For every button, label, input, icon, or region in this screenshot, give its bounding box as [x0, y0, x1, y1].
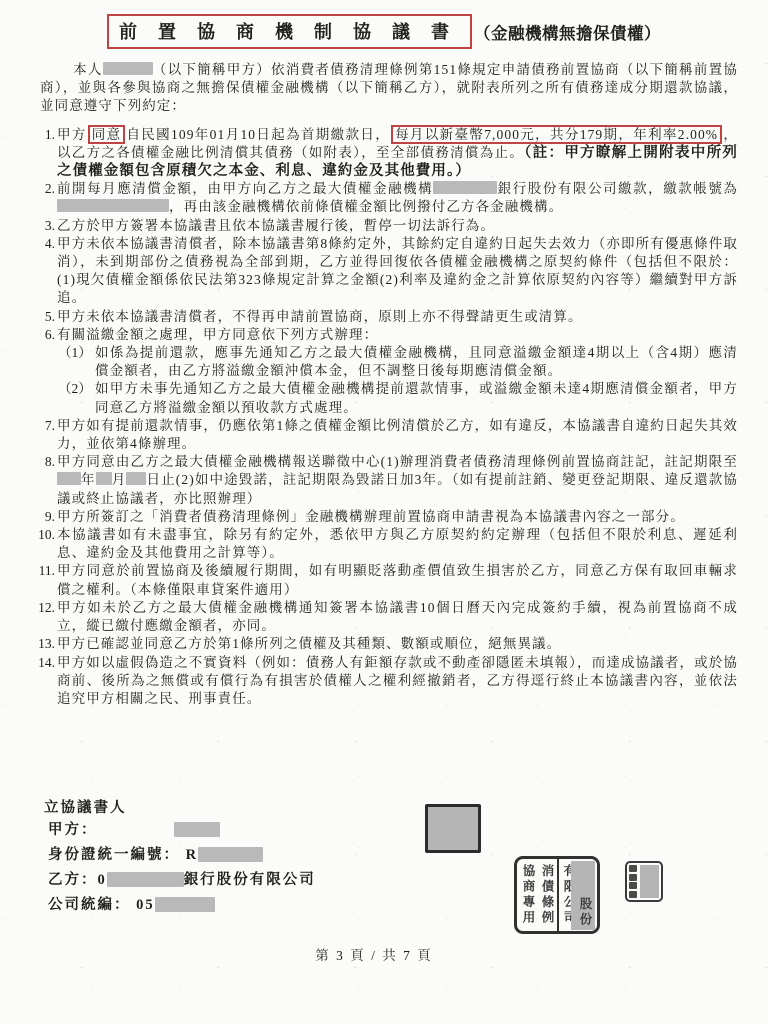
redaction: [433, 181, 497, 194]
page-number: 第 3 頁 / 共 7 頁: [0, 944, 748, 964]
text-segment: 甲方：: [48, 822, 98, 838]
clause-11: 11.甲方同意於前置協商及後續履行期間，如有明顯貶落動產價值致生損害於乙方，同意…: [40, 562, 738, 598]
clause-number: 4.: [45, 235, 55, 253]
clause-number: 2.: [45, 180, 55, 198]
clause-number: 10.: [38, 526, 55, 544]
document-subtitle: （金融機構無擔保債權）: [474, 20, 661, 44]
clause-number: 6.: [45, 326, 55, 344]
text-segment: 月: [112, 472, 127, 487]
clause-14: 14.甲方如以虛假偽造之不實資料（例如：債務人有鉅額存款或不動產卻隱匿未填報），…: [40, 654, 738, 709]
subclause-item: （1）如係為提前還款，應事先通知乙方之最大債權金融機構，且同意溢繳金額達4期以上…: [57, 344, 738, 380]
redaction: [57, 199, 169, 212]
stamp-column-debt-clearance: 消債條例: [538, 861, 556, 929]
clause-number: 12.: [38, 599, 55, 617]
redaction: [198, 847, 263, 862]
clause-5: 5.甲方未依本協議書清償者，不得再申請前置協商，原則上亦不得聲請更生或清算。: [40, 308, 738, 326]
document-header: 前置協商機制協議書 （金融機構無擔保債權）: [0, 14, 768, 49]
document-title: 前置協商機制協議書: [107, 14, 472, 49]
intro-paragraph: 本人（以下簡稱甲方）依消費者債務清理條例第151條規定申請債務前置協商（以下簡稱…: [40, 61, 738, 116]
clause-number: 14.: [38, 654, 55, 672]
agreement-body: 本人（以下簡稱甲方）依消費者債務清理條例第151條規定申請債務前置協商（以下簡稱…: [40, 61, 738, 708]
clause-number: 8.: [45, 453, 55, 471]
text-segment: 身份證統一編號： R: [48, 847, 198, 863]
company-id-line: 公司統編： 05: [44, 893, 316, 918]
text-segment: 甲方所簽訂之「消費者債務清理條例」金融機構辦理前置協商申請書視為本協議書內容之一…: [57, 509, 685, 524]
redaction: [640, 865, 659, 898]
text-segment: 本協議書如有未盡事宜，除另有約定外，悉依甲方與乙方原契約約定辦理（包括但不限於利…: [57, 527, 738, 560]
redaction: [57, 472, 81, 485]
company-seal-stamp: 協商專用 消債條例 有限公司 股份: [514, 856, 600, 934]
clause-9: 9.甲方所簽訂之「消費者債務清理條例」金融機構辦理前置協商申請書視為本協議書內容…: [40, 508, 738, 526]
text-segment: ，再由該金融機構依前條債權金額比例撥付乙方各金融機構。: [169, 199, 563, 214]
text-segment: 本人: [73, 62, 103, 77]
text-segment: 有關溢繳金額之處理，甲方同意依下列方式辦理：: [57, 327, 378, 342]
redaction: [103, 62, 153, 75]
text-segment: 甲方如有提前還款情事，仍應依第1條之債權金額比例清償於乙方，如有違反，本協議書自…: [57, 418, 738, 451]
clause-1: 1.甲方同意自民國109年01月10日起為首期繳款日，每月以新臺幣7,000元，…: [40, 126, 738, 181]
redaction: [96, 472, 112, 485]
text-segment: 銀行股份有限公司繳款，繳款帳號為: [497, 181, 738, 196]
clause-number: 13.: [38, 635, 55, 653]
party-a-line: 甲方：: [44, 818, 316, 843]
clause-2: 2.前開每月應清償金額，由甲方向乙方之最大債權金融機構銀行股份有限公司繳款，繳款…: [40, 180, 738, 216]
highlight-box: 同意: [88, 125, 126, 144]
clause-number: 9.: [45, 508, 55, 526]
text-segment: 甲方同意於前置協商及後續履行期間，如有明顯貶落動產價值致生損害於乙方，同意乙方保…: [57, 563, 738, 596]
redaction: [174, 822, 220, 837]
signature-section: 立協議書人 甲方：身份證統一編號： R乙方：0銀行股份有限公司公司統編： 05: [44, 796, 316, 918]
clause-number: 7.: [45, 417, 55, 435]
party-b-line: 乙方：0銀行股份有限公司: [44, 868, 316, 893]
personal-seal-stamp: [625, 861, 663, 902]
clause-list: 1.甲方同意自民國109年01月10日起為首期繳款日，每月以新臺幣7,000元，…: [40, 126, 738, 709]
clause-13: 13.甲方已確認並同意乙方於第1條所列之債權及其種類、數額或順位，絕無異議。: [40, 635, 738, 653]
signature-lines: 甲方：身份證統一編號： R乙方：0銀行股份有限公司公司統編： 05: [44, 818, 316, 918]
stamp-column-shares: 股份: [576, 894, 594, 930]
redaction: [126, 472, 146, 485]
clause-number: 1.: [45, 126, 55, 144]
text-segment: 年: [81, 472, 96, 487]
clause-6: 6.有關溢繳金額之處理，甲方同意依下列方式辦理：（1）如係為提前還款，應事先通知…: [40, 326, 738, 417]
text-segment: 前開每月應清償金額，由甲方向乙方之最大債權金融機構: [57, 181, 433, 196]
text-segment: 甲方已確認並同意乙方於第1條所列之債權及其種類、數額或順位，絕無異議。: [57, 636, 561, 651]
text-segment: 甲方未依本協議書清償者，不得再申請前置協商，原則上亦不得聲請更生或清算。: [57, 309, 583, 324]
text-segment: 甲方如以虛假偽造之不實資料（例如：債務人有鉅額存款或不動產卻隱匿未填報），而達成…: [57, 655, 738, 706]
text-segment: 公司統編： 05: [48, 897, 155, 913]
clause-3: 3.乙方於甲方簽署本協議書且依本協議書履行後，暫停一切法訴行為。: [40, 217, 738, 235]
party-a-seal-redaction: [425, 804, 481, 853]
redaction: [155, 897, 215, 912]
highlight-box: 每月以新臺幣7,000元，共分179期，年利率2.00%: [391, 125, 722, 144]
clause-7: 7.甲方如有提前還款情事，仍應依第1條之債權金額比例清償於乙方，如有違反，本協議…: [40, 417, 738, 453]
text-segment: 甲方: [57, 127, 87, 142]
redaction: [107, 872, 184, 887]
clause-12: 12.甲方如未於乙方之最大債權金融機構通知簽署本協議書10個日曆天內完成簽約手續…: [40, 599, 738, 635]
text-segment: 如甲方未事先通知乙方之最大債權金融機構提前還款情事，或溢繳金額未達4期應清償金額…: [95, 381, 738, 414]
agreement-page: 前置協商機制協議書 （金融機構無擔保債權） 本人（以下簡稱甲方）依消費者債務清理…: [0, 0, 768, 1024]
stamp-column-negotiation-use: 協商專用: [519, 861, 537, 929]
text-segment: 乙方：0: [48, 872, 107, 888]
text-segment: 自民國109年01月10日起為首期繳款日，: [126, 127, 390, 142]
clause-4: 4.甲方未依本協議書清償者，除本協議書第8條約定外，其餘約定自違約日起失去效力（…: [40, 235, 738, 308]
subclause-number: （2）: [58, 380, 92, 398]
id-number-line: 身份證統一編號： R: [44, 843, 316, 868]
text-segment: 日止(2)如中途毀諾，註記期限為毀諾日加3年。（如有提前註銷、變更登記期限、違反…: [57, 472, 738, 505]
subclause-number: （1）: [58, 344, 92, 362]
text-segment: 甲方同意由乙方之最大債權金融機構報送聯徵中心(1)辦理消費者債務清理條例前置協商…: [57, 454, 738, 469]
personal-seal-glyphs: [629, 865, 638, 898]
clause-number: 5.: [45, 308, 55, 326]
clause-number: 11.: [39, 562, 55, 580]
clause-8: 8.甲方同意由乙方之最大債權金融機構報送聯徵中心(1)辦理消費者債務清理條例前置…: [40, 453, 738, 508]
text-segment: 如係為提前還款，應事先通知乙方之最大債權金融機構，且同意溢繳金額達4期以上（含4…: [95, 345, 738, 378]
clause-number: 3.: [45, 217, 55, 235]
text-segment: 甲方如未於乙方之最大債權金融機構通知簽署本協議書10個日曆天內完成簽約手續，視為…: [57, 600, 738, 633]
clause-10: 10.本協議書如有未盡事宜，除另有約定外，悉依甲方與乙方原契約約定辦理（包括但不…: [40, 526, 738, 562]
signature-heading: 立協議書人: [44, 796, 316, 818]
stamp-divider: [557, 859, 559, 931]
text-segment: 甲方未依本協議書清償者，除本協議書第8條約定外，其餘約定自違約日起失去效力（亦即…: [57, 236, 738, 306]
text-segment: 銀行股份有限公司: [184, 872, 316, 888]
subclause-item: （2）如甲方未事先通知乙方之最大債權金融機構提前還款情事，或溢繳金額未達4期應清…: [57, 380, 738, 416]
text-segment: 乙方於甲方簽署本協議書且依本協議書履行後，暫停一切法訴行為。: [57, 218, 495, 233]
